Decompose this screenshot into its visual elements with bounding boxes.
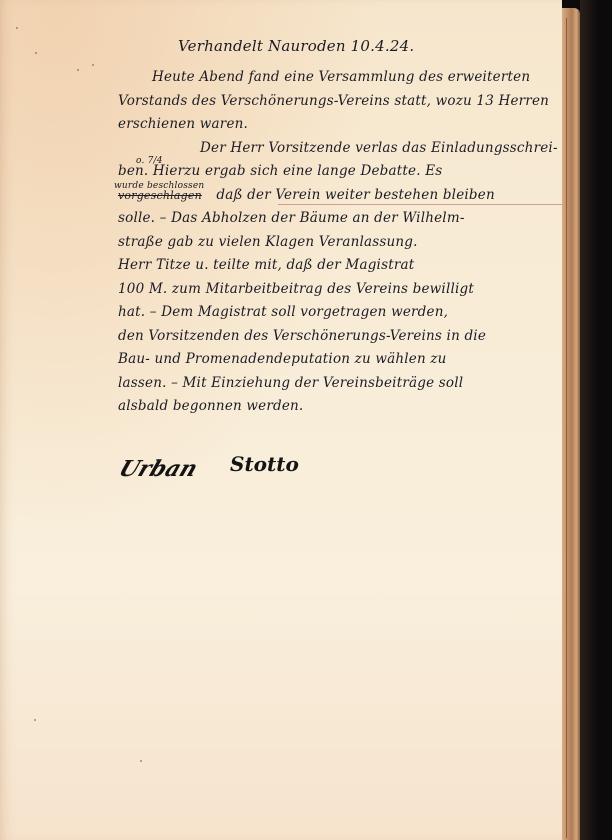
paper-speck: [92, 64, 94, 66]
text-line-10: 100 M. zum Mitarbeitbeitrag des Vereins …: [118, 278, 558, 302]
text-line-4: Der Herr Vorsitzende verlas das Einladun…: [118, 137, 558, 161]
paper-speck: [34, 719, 36, 721]
document-page: Verhandelt Nauroden 10.4.24. Heute Abend…: [0, 0, 562, 840]
handwritten-text: Verhandelt Nauroden 10.4.24. Heute Abend…: [118, 26, 558, 419]
text-line-12: den Vorsitzenden des Verschönerungs-Vere…: [118, 325, 558, 349]
background-shadow: [580, 0, 612, 840]
text-line-3: erschienen waren.: [118, 113, 558, 137]
heading: Verhandelt Nauroden 10.4.24.: [178, 26, 558, 66]
text-line-15: alsbald begonnen werden.: [118, 395, 558, 419]
paper-speck: [140, 760, 142, 762]
text-line-11: hat. – Dem Magistrat soll vorgetragen we…: [118, 301, 558, 325]
paper-speck: [35, 52, 37, 54]
signature-2: Stotto: [230, 452, 299, 476]
signature-block: Urban Stotto: [120, 438, 420, 498]
paper-speck: [77, 69, 79, 71]
text-line-1: Heute Abend fand eine Versammlung des er…: [118, 66, 558, 90]
text-line-7: solle. – Das Abholzen der Bäume an der W…: [118, 207, 558, 231]
paper-speck: [16, 27, 18, 29]
text-line-6: wurde beschlossen vorgeschlagen daß der …: [118, 184, 558, 208]
text-line-9: Herr Titze u. teilte mit, daß der Magist…: [118, 254, 558, 278]
text-line-2: Vorstands des Verschönerungs-Vereins sta…: [118, 90, 558, 114]
book-page-edge: [562, 8, 580, 840]
text-line-14: lassen. – Mit Einziehung der Vereinsbeit…: [118, 372, 558, 396]
text-line-8: straße gab zu vielen Klagen Veranlassung…: [118, 231, 558, 255]
signature-1: Urban: [115, 456, 201, 482]
margin-note-inserted: wurde beschlossen: [114, 175, 204, 199]
red-pencil-underline: [278, 204, 578, 205]
margin-note-date: o. 7/4: [136, 150, 163, 174]
text-line-6-content: daß der Verein weiter bestehen bleiben: [216, 187, 494, 203]
text-line-13: Bau- und Promenadendeputation zu wählen …: [118, 348, 558, 372]
text-line-8-content: straße gab zu vielen Klagen Veranlassung…: [118, 234, 418, 250]
